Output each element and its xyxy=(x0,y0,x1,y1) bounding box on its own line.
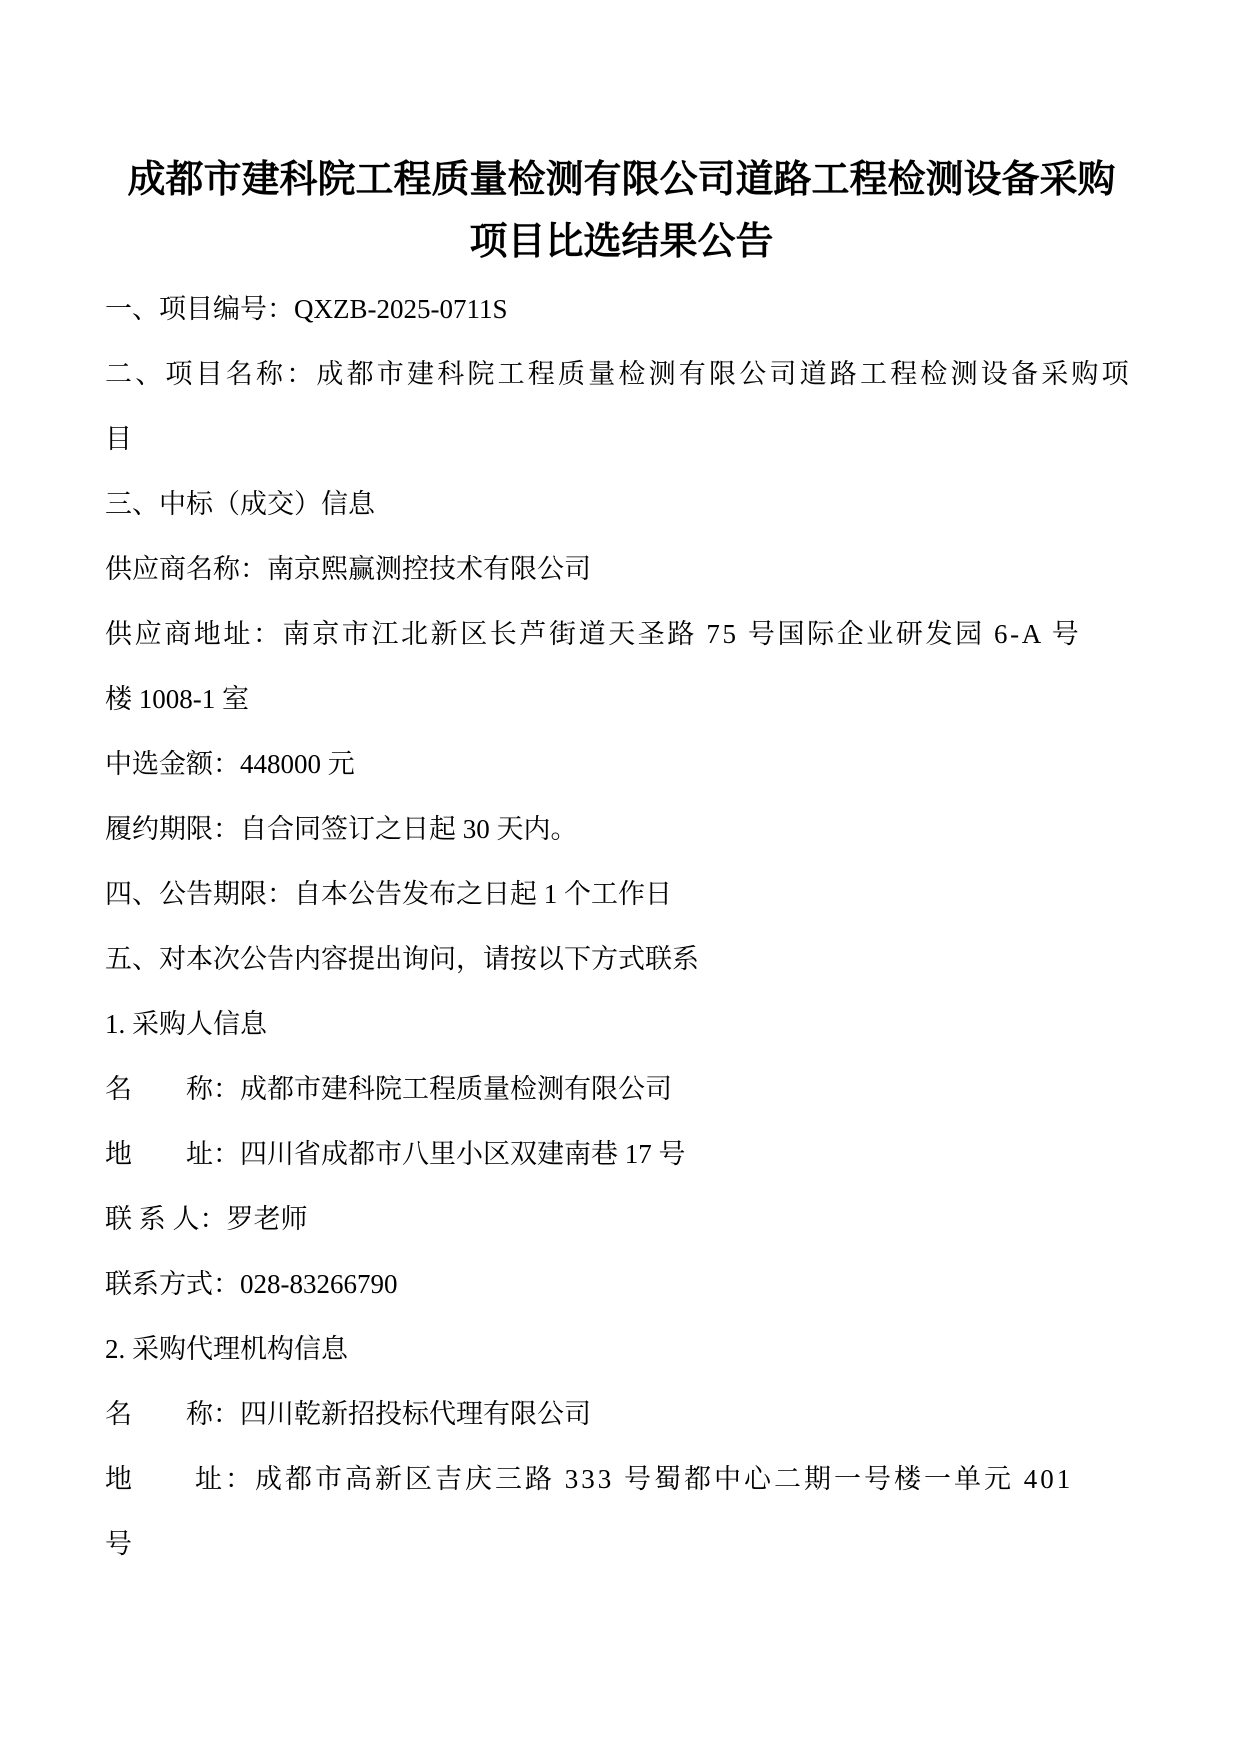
purchaser-contact-person-line: 联 系 人：罗老师 xyxy=(105,1187,1138,1252)
agency-address-line-2: 号 xyxy=(105,1512,1138,1577)
document-page: 成都市建科院工程质量检测有限公司道路工程检测设备采购 项目比选结果公告 一、项目… xyxy=(0,0,1241,1754)
supplier-address-line-1: 供应商地址：南京市江北新区长芦街道天圣路 75 号国际企业研发园 6-A 号 xyxy=(105,602,1138,667)
award-amount-line: 中选金额：448000 元 xyxy=(105,732,1138,797)
project-name-line-2: 目 xyxy=(105,407,1138,472)
agency-name-line: 名 称：四川乾新招投标代理有限公司 xyxy=(105,1382,1138,1447)
announcement-period-line: 四、公告期限：自本公告发布之日起 1 个工作日 xyxy=(105,862,1138,927)
purchaser-info-heading: 1. 采购人信息 xyxy=(105,992,1138,1057)
document-body: 一、项目编号：QXZB-2025-0711S 二、项目名称：成都市建科院工程质量… xyxy=(105,277,1138,1577)
award-info-heading: 三、中标（成交）信息 xyxy=(105,472,1138,537)
purchaser-address-line: 地 址：四川省成都市八里小区双建南巷 17 号 xyxy=(105,1122,1138,1187)
page-title: 成都市建科院工程质量检测有限公司道路工程检测设备采购 项目比选结果公告 xyxy=(105,149,1138,273)
agency-address-line-1: 地 址：成都市高新区吉庆三路 333 号蜀都中心二期一号楼一单元 401 xyxy=(105,1447,1138,1512)
performance-period-line: 履约期限：自合同签订之日起 30 天内。 xyxy=(105,797,1138,862)
agency-info-heading: 2. 采购代理机构信息 xyxy=(105,1317,1138,1382)
purchaser-name-line: 名 称：成都市建科院工程质量检测有限公司 xyxy=(105,1057,1138,1122)
purchaser-contact-phone-line: 联系方式：028-83266790 xyxy=(105,1252,1138,1317)
page-title-line-2: 项目比选结果公告 xyxy=(105,211,1138,273)
project-name-line-1: 二、项目名称：成都市建科院工程质量检测有限公司道路工程检测设备采购项 xyxy=(105,342,1138,407)
supplier-address-line-2: 楼 1008-1 室 xyxy=(105,667,1138,732)
inquiry-contact-heading: 五、对本次公告内容提出询问，请按以下方式联系 xyxy=(105,927,1138,992)
page-title-line-1: 成都市建科院工程质量检测有限公司道路工程检测设备采购 xyxy=(105,149,1138,211)
supplier-name-line: 供应商名称：南京熙赢测控技术有限公司 xyxy=(105,537,1138,602)
project-number-line: 一、项目编号：QXZB-2025-0711S xyxy=(105,277,1138,342)
